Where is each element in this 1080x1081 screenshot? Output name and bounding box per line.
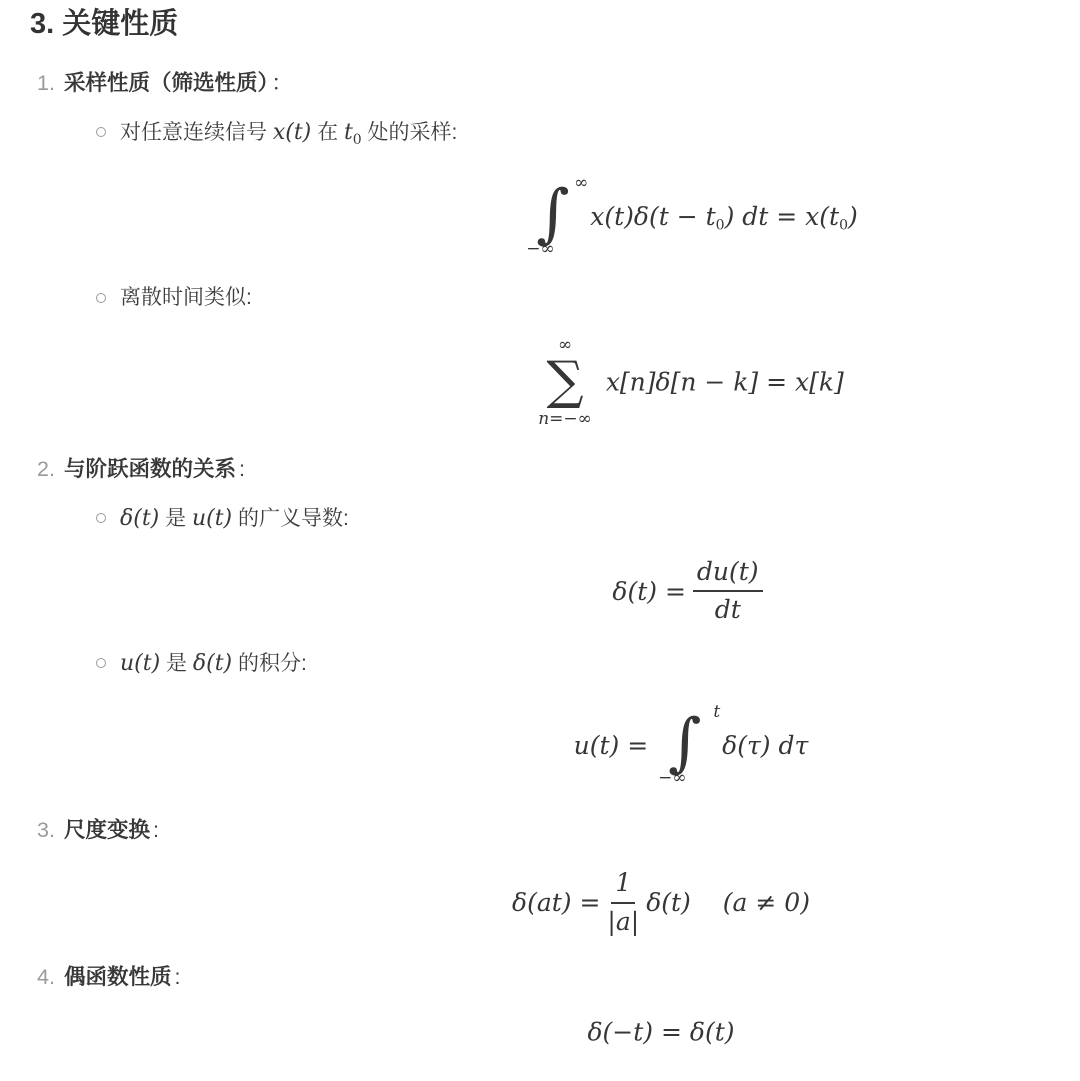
formula-lhs: δ(t) =: [612, 576, 686, 605]
formula-sub-zero: 0: [716, 218, 725, 234]
item-number: 1.: [37, 71, 55, 95]
page-title: 3. 关键性质: [30, 6, 1080, 42]
document-body: 3. 关键性质 1.采样性质（筛选性质）： 对任意连续信号 x(t) 在 t0 …: [0, 6, 1080, 1048]
bullet-icon: [96, 513, 106, 523]
sum-lower-limit: n=−∞: [538, 411, 592, 428]
bullet-text-post: 的广义导数:: [232, 507, 349, 530]
list-item-scaling: 3.尺度变换:: [37, 817, 1080, 845]
integral-lower-limit: −∞: [658, 770, 686, 787]
list-item-even-property: 4.偶函数性质:: [37, 964, 1080, 992]
fraction-denominator: dt: [715, 592, 741, 625]
formula-rhs: δ(τ) dτ: [722, 731, 808, 760]
inline-math-t-sub: 0: [353, 132, 362, 148]
bullet-text: 对任意连续信号 x(t) 在 t0 处的采样:: [120, 118, 457, 150]
formula-sub-zero: 0: [839, 218, 848, 234]
bullet-item-continuous-sampling: 对任意连续信号 x(t) 在 t0 处的采样:: [96, 118, 1080, 150]
formula-even: δ(−t) = δ(t): [60, 1016, 1080, 1048]
formula-sampling-sum: ∞ ∑ n=−∞ x[n]δ[n − k] = x[k]: [120, 337, 1080, 428]
formula-integral-of-delta: u(t) = ∫ t −∞ δ(τ) dτ: [120, 703, 1080, 789]
item-colon: ：: [271, 71, 293, 95]
formula-body: δ(−t) = δ(t): [588, 1018, 735, 1047]
formula-rhs: δ(t): [646, 888, 691, 917]
formula-sampling-integral: ∫ ∞ −∞ x(t)δ(t − t0) dt = x(t0): [120, 174, 1080, 260]
bullet-text-post: 处的采样:: [362, 121, 458, 144]
bullet-text: u(t) 是 δ(t) 的积分:: [120, 649, 307, 679]
item-colon: :: [174, 965, 180, 989]
inline-math-u-t: u(t): [120, 651, 160, 676]
inline-math-delta-t: δ(t): [120, 506, 159, 531]
sum-glyph: ∑: [546, 357, 583, 406]
item-label: 尺度变换: [64, 818, 150, 842]
inline-math-t: t: [344, 120, 353, 145]
formula-body: x(t)δ(t − t: [590, 202, 715, 231]
integral-upper-limit: ∞: [574, 175, 588, 192]
formula-lhs: δ(at) =: [512, 888, 600, 917]
summation-sign: ∞ ∑ n=−∞: [538, 337, 592, 428]
bullet-text-post: 的积分:: [232, 652, 307, 675]
fraction: 1|a|: [607, 869, 639, 937]
bullet-icon: [96, 127, 106, 137]
formula-body: ) dt = x(t: [725, 202, 840, 231]
bullet-text: δ(t) 是 u(t) 的广义导数:: [120, 504, 349, 534]
formula-condition: (a ≠ 0): [723, 888, 810, 917]
formula-scaling: δ(at) =1|a|δ(t)(a ≠ 0): [60, 869, 1080, 937]
formula-body: x[n]δ[n − k] = x[k]: [606, 367, 844, 396]
bullet-icon: [96, 293, 106, 303]
integral-lower-limit: −∞: [526, 241, 554, 258]
item-label: 采样性质（筛选性质）: [64, 71, 268, 95]
inline-math-delta-t: δ(t): [193, 651, 232, 676]
integral-sign: ∫ t −∞: [656, 703, 722, 789]
bullet-text-mid: 在: [311, 121, 344, 144]
item-label: 与阶跃函数的关系: [64, 457, 236, 481]
bullet-item-generalized-derivative: δ(t) 是 u(t) 的广义导数:: [96, 504, 1080, 534]
integral-upper-limit: t: [713, 704, 720, 721]
fraction-numerator: 1: [611, 869, 635, 904]
item-label: 偶函数性质: [64, 965, 172, 989]
bullet-text-pre: 对任意连续信号: [120, 121, 273, 144]
item-number: 4.: [37, 965, 55, 989]
integral-sign: ∫ ∞ −∞: [524, 174, 590, 260]
list-item-sampling: 1.采样性质（筛选性质）：: [37, 70, 1080, 98]
bullet-item-integral-of-delta: u(t) 是 δ(t) 的积分:: [96, 649, 1080, 679]
formula-lhs: u(t) =: [574, 731, 649, 760]
fraction: du(t)dt: [693, 558, 763, 626]
formula-body: ): [848, 202, 858, 231]
formula-derivative: δ(t) =du(t)dt: [120, 558, 1080, 626]
bullet-text: 离散时间类似:: [120, 284, 252, 312]
item-number: 2.: [37, 457, 55, 481]
bullet-text-mid: 是: [160, 652, 193, 675]
item-number: 3.: [37, 818, 55, 842]
bullet-item-discrete-time: 离散时间类似:: [96, 284, 1080, 312]
item-colon: :: [153, 818, 159, 842]
inline-math-u-t: u(t): [192, 506, 232, 531]
fraction-denominator: |a|: [607, 904, 639, 937]
list-item-step-relation: 2.与阶跃函数的关系:: [37, 456, 1080, 484]
fraction-numerator: du(t): [693, 558, 763, 593]
bullet-text-mid: 是: [159, 507, 192, 530]
inline-math-xt: x(t): [273, 120, 311, 145]
item-colon: :: [239, 457, 245, 481]
bullet-icon: [96, 658, 106, 668]
